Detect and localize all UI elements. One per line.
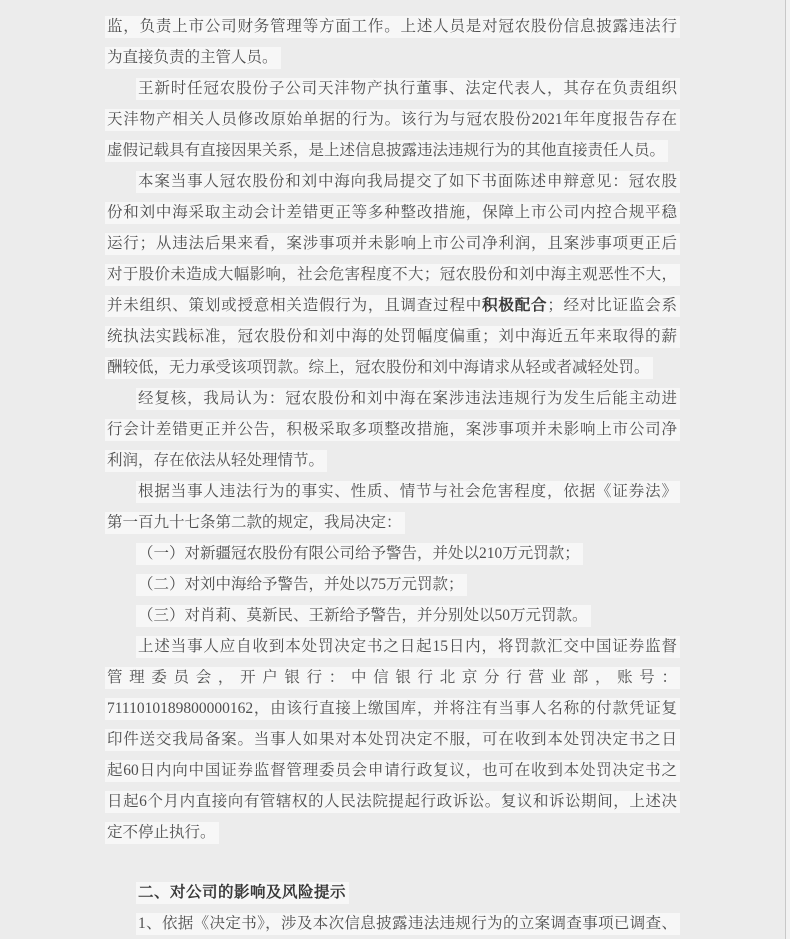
text-line-band: 1、依据《决定书》，涉及本次信息披露违法违规行为的立案调查事项已调查、 [136,913,680,935]
document-line: 第一百九十七条第二款的规定，我局决定： [105,507,680,538]
text-line-band: 为直接负责的主管人员。 [105,47,281,69]
bold-text-segment: 二、对公司的影响及风险提示 [138,884,346,901]
text-line-band: （三）对肖莉、莫新民、王新给予警告，并分别处以50万元罚款。 [136,605,591,627]
text-segment: 本案当事人冠农股份和刘中海向我局提交了如下书面陈述申辩意见：冠农股 [138,173,677,190]
text-line-band: 经复核，我局认为：冠农股份和刘中海在案涉违法违规行为发生后能主动进 [136,388,680,410]
document-line: （二）对刘中海给予警告，并处以75万元罚款； [105,569,680,600]
text-line-band: （一）对新疆冠农股份有限公司给予警告，并处以210万元罚款； [136,543,583,565]
text-segment: 运行；从违法后果来看，案涉事项并未影响上市公司净利润，且案涉事项更正后 [107,235,677,252]
text-segment: （二）对刘中海给予警告，并处以75万元罚款； [138,576,464,593]
document-line: 根据当事人违法行为的事实、性质、情节与社会危害程度，依据《证券法》 [105,476,680,507]
document-page: 监，负责上市公司财务管理等方面工作。上述人员是对冠农股份信息披露违法行为直接负责… [0,0,790,939]
text-segment: （一）对新疆冠农股份有限公司给予警告，并处以210万元罚款； [138,545,580,562]
text-segment: 定不停止执行。 [107,824,216,841]
text-line-band: 7111010189800000162，由该行直接上缴国库，并将注有当事人名称的… [105,698,680,720]
text-segment: 为直接负责的主管人员。 [107,49,278,66]
text-segment: 统执法实践标准，冠农股份和刘中海的处罚幅度偏重；刘中海近五年来取得的薪 [107,328,677,345]
text-segment: 起60日内向中国证券监督管理委员会申请行政复议，也可在收到本处罚决定书之 [107,762,677,779]
document-line: 酬较低，无力承受该项罚款。综上，冠农股份和刘中海请求从轻或者减轻处罚。 [105,352,680,383]
text-segment: 天沣物产相关人员修改原始单据的行为。该行为与冠农股份2021年年度报告存在 [107,111,677,128]
text-line-band: 虚假记载具有直接因果关系，是上述信息披露违法违规行为的其他直接责任人员。 [105,140,668,162]
text-segment: 7111010189800000162，由该行直接上缴国库，并将注有当事人名称的… [107,700,677,717]
text-segment: 行会计差错更正并公告，积极采取多项整改措施，案涉事项并未影响上市公司净 [107,421,677,438]
text-segment: 1、依据《决定书》，涉及本次信息披露违法违规行为的立案调查事项已调查、 [138,915,677,932]
text-line-band: 定不停止执行。 [105,822,219,844]
text-line-band: 统执法实践标准，冠农股份和刘中海的处罚幅度偏重；刘中海近五年来取得的薪 [105,326,680,348]
text-line-band: 根据当事人违法行为的事实、性质、情节与社会危害程度，依据《证券法》 [136,481,680,503]
text-line-band: 管理委员会，开户银行：中信银行北京分行营业部，账号： [105,667,680,689]
document-line: 管理委员会，开户银行：中信银行北京分行营业部，账号： [105,662,680,693]
document-line: 日起6个月内直接向有管辖权的人民法院提起行政诉讼。复议和诉讼期间，上述决 [105,786,680,817]
document-line: 起60日内向中国证券监督管理委员会申请行政复议，也可在收到本处罚决定书之 [105,755,680,786]
paragraph-gap [105,848,680,877]
text-line-band: 本案当事人冠农股份和刘中海向我局提交了如下书面陈述申辩意见：冠农股 [136,171,680,193]
document-line: 虚假记载具有直接因果关系，是上述信息披露违法违规行为的其他直接责任人员。 [105,135,680,166]
text-segment: 监，负责上市公司财务管理等方面工作。上述人员是对冠农股份信息披露违法行 [107,18,677,35]
text-line-band: 第一百九十七条第二款的规定，我局决定： [105,512,405,534]
text-line-band: 份和刘中海采取主动会计差错更正等多种整改措施，保障上市公司内控合规平稳 [105,202,680,224]
text-line-band: 印件送交我局备案。当事人如果对本处罚决定不服，可在收到本处罚决定书之日 [105,729,680,751]
text-line-band: 监，负责上市公司财务管理等方面工作。上述人员是对冠农股份信息披露违法行 [105,16,680,38]
text-line-band: 天沣物产相关人员修改原始单据的行为。该行为与冠农股份2021年年度报告存在 [105,109,680,131]
text-segment: 日起6个月内直接向有管辖权的人民法院提起行政诉讼。复议和诉讼期间，上述决 [107,793,677,810]
text-segment: 利润，存在依法从轻处理情节。 [107,452,324,469]
document-line: 监，负责上市公司财务管理等方面工作。上述人员是对冠农股份信息披露违法行 [105,11,680,42]
text-segment: 酬较低，无力承受该项罚款。综上，冠农股份和刘中海请求从轻或者减轻处罚。 [107,359,650,376]
document-line: 天沣物产相关人员修改原始单据的行为。该行为与冠农股份2021年年度报告存在 [105,104,680,135]
document-line: 为直接负责的主管人员。 [105,42,680,73]
text-line-band: 起60日内向中国证券监督管理委员会申请行政复议，也可在收到本处罚决定书之 [105,760,680,782]
document-line: 本案当事人冠农股份和刘中海向我局提交了如下书面陈述申辩意见：冠农股 [105,166,680,197]
text-segment: 上述当事人应自收到本处罚决定书之日起15日内，将罚款汇交中国证券监督 [138,638,677,655]
text-segment: 管理委员会，开户银行：中信银行北京分行营业部，账号： [107,669,677,686]
document-line: 利润，存在依法从轻处理情节。 [105,445,680,476]
document-line: 上述当事人应自收到本处罚决定书之日起15日内，将罚款汇交中国证券监督 [105,631,680,662]
document-line: 1、依据《决定书》，涉及本次信息披露违法违规行为的立案调查事项已调查、 [105,908,680,939]
document-line: 7111010189800000162，由该行直接上缴国库，并将注有当事人名称的… [105,693,680,724]
text-segment: ；经对比证监会系 [547,297,677,314]
document-line: 印件送交我局备案。当事人如果对本处罚决定不服，可在收到本处罚决定书之日 [105,724,680,755]
text-line-band: 王新时任冠农股份子公司天沣物产执行董事、法定代表人，其存在负责组织 [136,78,680,100]
text-line-band: （二）对刘中海给予警告，并处以75万元罚款； [136,574,467,596]
document-line: 运行；从违法后果来看，案涉事项并未影响上市公司净利润，且案涉事项更正后 [105,228,680,259]
document-line: 行会计差错更正并公告，积极采取多项整改措施，案涉事项并未影响上市公司净 [105,414,680,445]
text-segment: 根据当事人违法行为的事实、性质、情节与社会危害程度，依据《证券法》 [138,483,677,500]
text-line-band: 日起6个月内直接向有管辖权的人民法院提起行政诉讼。复议和诉讼期间，上述决 [105,791,680,813]
document-line: 王新时任冠农股份子公司天沣物产执行董事、法定代表人，其存在负责组织 [105,73,680,104]
document-line: 份和刘中海采取主动会计差错更正等多种整改措施，保障上市公司内控合规平稳 [105,197,680,228]
text-segment: 对于股价未造成大幅影响，社会危害程度不大；冠农股份和刘中海主观恶性不大， [107,266,677,283]
text-line-band: 行会计差错更正并公告，积极采取多项整改措施，案涉事项并未影响上市公司净 [105,419,680,441]
page-edge-strip [786,0,790,939]
text-segment: 王新时任冠农股份子公司天沣物产执行董事、法定代表人，其存在负责组织 [138,80,677,97]
document-line: 定不停止执行。 [105,817,680,848]
text-segment: 印件送交我局备案。当事人如果对本处罚决定不服，可在收到本处罚决定书之日 [107,731,677,748]
document-line: 经复核，我局认为：冠农股份和刘中海在案涉违法违规行为发生后能主动进 [105,383,680,414]
document-line: 对于股价未造成大幅影响，社会危害程度不大；冠农股份和刘中海主观恶性不大， [105,259,680,290]
text-segment: 第一百九十七条第二款的规定，我局决定： [107,514,402,531]
text-line-band: 运行；从违法后果来看，案涉事项并未影响上市公司净利润，且案涉事项更正后 [105,233,680,255]
document-line: 并未组织、策划或授意相关造假行为，且调查过程中积极配合；经对比证监会系 [105,290,680,321]
text-line-band: 并未组织、策划或授意相关造假行为，且调查过程中积极配合；经对比证监会系 [105,295,680,317]
text-segment: （三）对肖莉、莫新民、王新给予警告，并分别处以50万元罚款。 [138,607,588,624]
text-line-band: 利润，存在依法从轻处理情节。 [105,450,327,472]
text-segment: 经复核，我局认为：冠农股份和刘中海在案涉违法违规行为发生后能主动进 [138,390,677,407]
text-segment: 并未组织、策划或授意相关造假行为，且调查过程中 [107,297,482,314]
text-line-band: 二、对公司的影响及风险提示 [136,882,349,904]
text-line-band: 酬较低，无力承受该项罚款。综上，冠农股份和刘中海请求从轻或者减轻处罚。 [105,357,653,379]
bold-text-segment: 积极配合 [482,297,547,314]
text-line-band: 对于股价未造成大幅影响，社会危害程度不大；冠农股份和刘中海主观恶性不大， [105,264,680,286]
document-line: （一）对新疆冠农股份有限公司给予警告，并处以210万元罚款； [105,538,680,569]
document-line: 统执法实践标准，冠农股份和刘中海的处罚幅度偏重；刘中海近五年来取得的薪 [105,321,680,352]
text-segment: 份和刘中海采取主动会计差错更正等多种整改措施，保障上市公司内控合规平稳 [107,204,677,221]
document-line: （三）对肖莉、莫新民、王新给予警告，并分别处以50万元罚款。 [105,600,680,631]
text-segment: 虚假记载具有直接因果关系，是上述信息披露违法违规行为的其他直接责任人员。 [107,142,665,159]
document-lines: 监，负责上市公司财务管理等方面工作。上述人员是对冠农股份信息披露违法行为直接负责… [105,11,680,939]
section-heading: 二、对公司的影响及风险提示 [105,877,680,908]
text-line-band: 上述当事人应自收到本处罚决定书之日起15日内，将罚款汇交中国证券监督 [136,636,680,658]
